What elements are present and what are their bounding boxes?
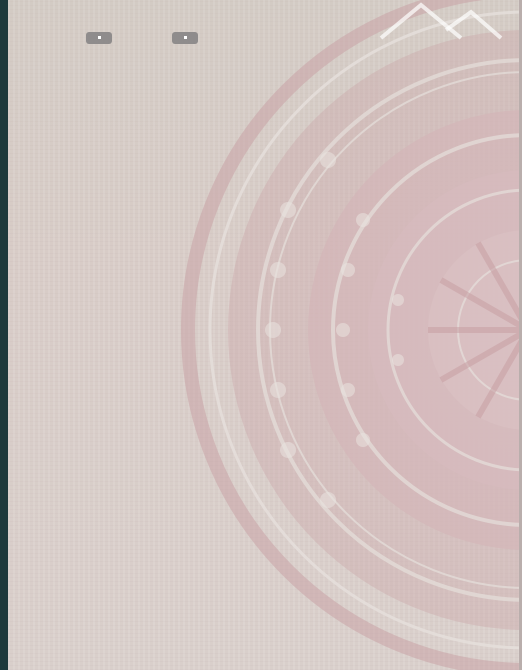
bronze-drum-pattern xyxy=(8,0,522,670)
land-area-row xyxy=(48,60,74,75)
redacted-map-sheet xyxy=(172,32,198,44)
land-certificate-page xyxy=(8,0,522,670)
house-icon xyxy=(376,0,506,40)
redacted-parcel-number xyxy=(86,32,112,44)
land-parcel-row xyxy=(48,32,200,47)
